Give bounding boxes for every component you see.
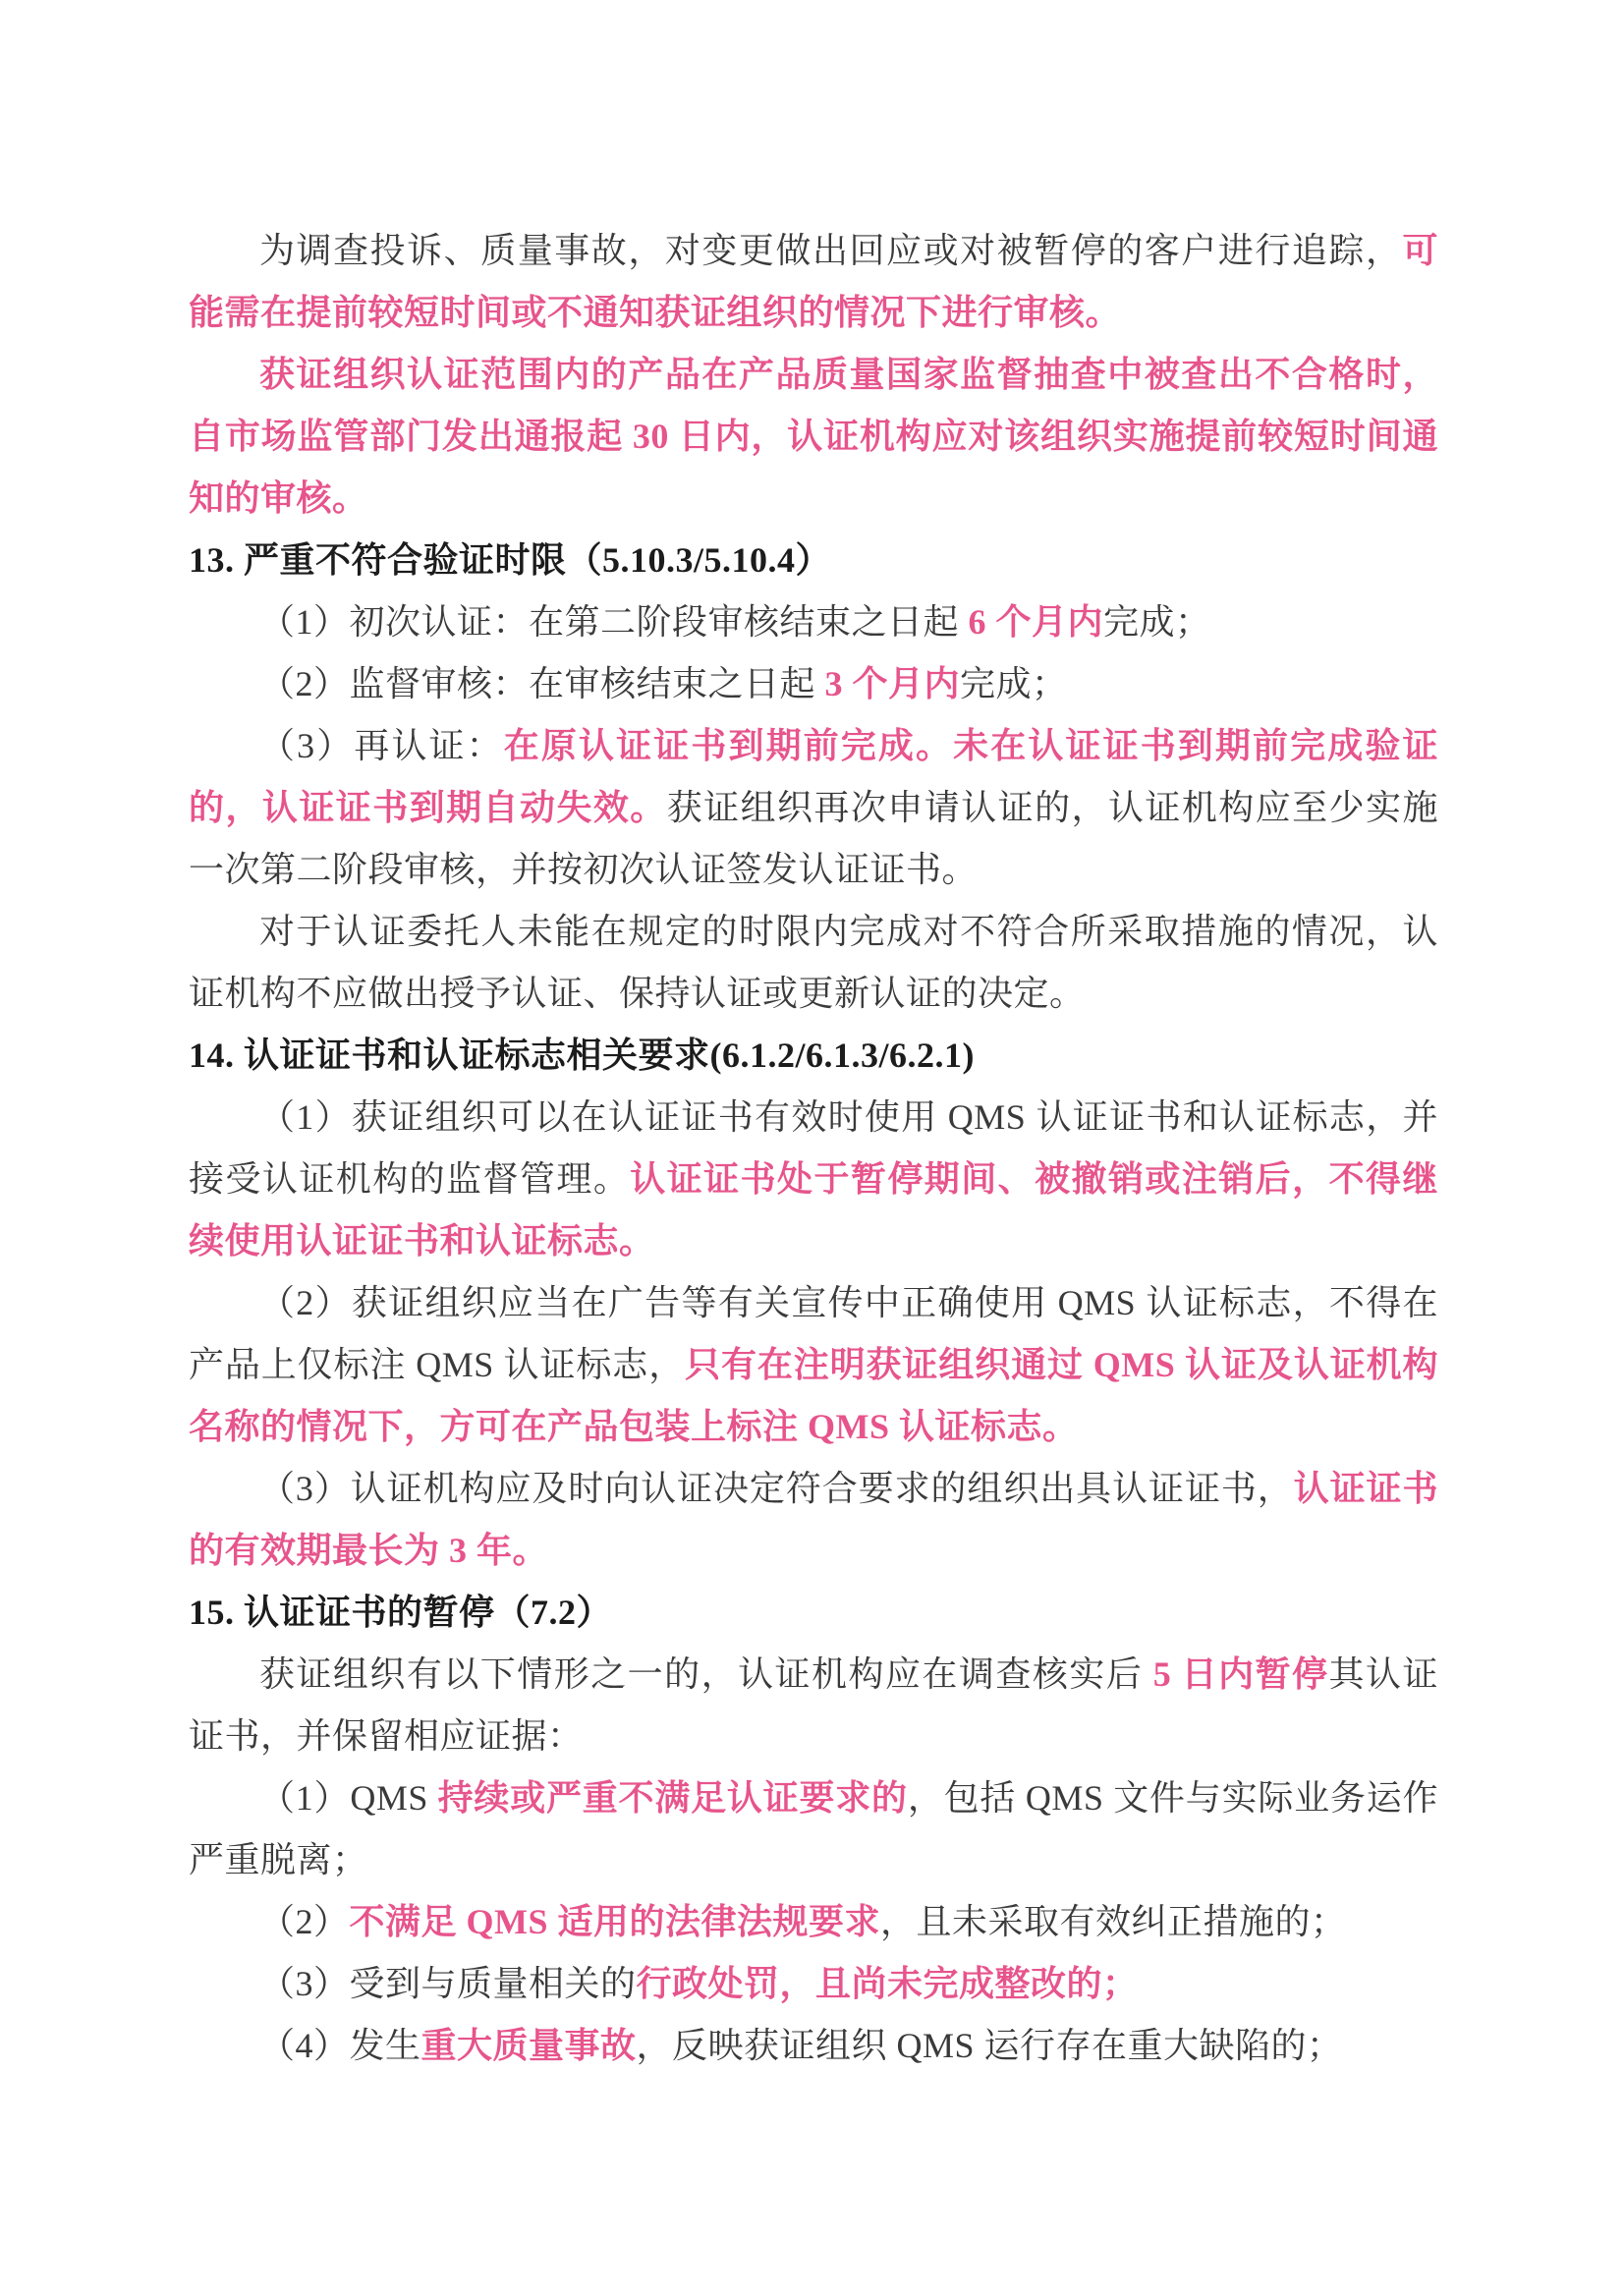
highlighted-text-run: 不满足 QMS 适用的法律法规要求 (350, 1902, 881, 1941)
highlighted-text-run: 获证组织认证范围内的产品在产品质量国家监督抽查中被查出不合格时，自市场监管部门发… (189, 355, 1438, 518)
text-run: 完成； (1103, 602, 1211, 642)
text-run: 14. 认证证书和认证标志相关要求(6.1.2/6.1.3/6.2.1) (189, 1036, 975, 1075)
item-13-1: （1）初次认证：在第二阶段审核结束之日起 6 个月内完成； (189, 591, 1438, 653)
text-run: ，且未采取有效纠正措施的； (880, 1902, 1347, 1941)
text-run: （1）初次认证：在第二阶段审核结束之日起 (259, 602, 969, 642)
text-run: （3）受到与质量相关的 (259, 1964, 637, 2003)
heading-section-15: 15. 认证证书的暂停（7.2） (189, 1582, 1438, 1644)
para-national-spot-check: 获证组织认证范围内的产品在产品质量国家监督抽查中被查出不合格时，自市场监管部门发… (189, 344, 1438, 530)
heading-section-13: 13. 严重不符合验证时限（5.10.3/5.10.4） (189, 530, 1438, 591)
highlighted-text-run: 5 日内暂停 (1153, 1654, 1329, 1694)
text-run: 为调查投诉、质量事故，对变更做出回应或对被暂停的客户进行追踪， (259, 231, 1402, 270)
highlighted-text-run: 3 个月内 (825, 664, 961, 703)
item-14-1: （1）获证组织可以在认证证书有效时使用 QMS 认证证书和认证标志，并接受认证机… (189, 1087, 1438, 1272)
item-15-2: （2）不满足 QMS 适用的法律法规要求，且未采取有效纠正措施的； (189, 1891, 1438, 1953)
para-15-intro: 获证组织有以下情形之一的，认证机构应在调查核实后 5 日内暂停其认证证书，并保留… (189, 1644, 1438, 1767)
text-run: （1）QMS (259, 1778, 438, 1818)
text-run: （3）认证机构应及时向认证决定符合要求的组织出具认证证书， (259, 1469, 1294, 1508)
text-run: （3）再认证： (259, 726, 504, 765)
item-13-2: （2）监督审核：在审核结束之日起 3 个月内完成； (189, 653, 1438, 715)
para-unannounced-audit: 为调查投诉、质量事故，对变更做出回应或对被暂停的客户进行追踪，可能需在提前较短时… (189, 220, 1438, 344)
item-15-4: （4）发生重大质量事故，反映获证组织 QMS 运行存在重大缺陷的； (189, 2015, 1438, 2077)
item-13-3: （3）再认证：在原认证证书到期前完成。未在认证证书到期前完成验证的，认证证书到期… (189, 715, 1438, 901)
para-13-no-decision: 对于认证委托人未能在规定的时限内完成对不符合所采取措施的情况，认证机构不应做出授… (189, 901, 1438, 1025)
text-run: 对于认证委托人未能在规定的时限内完成对不符合所采取措施的情况，认证机构不应做出授… (189, 912, 1438, 1013)
highlighted-text-run: 6 个月内 (969, 602, 1104, 642)
text-run: ，反映获证组织 QMS 运行存在重大缺陷的； (637, 2026, 1343, 2065)
text-run: 完成； (960, 664, 1068, 703)
text-run: 15. 认证证书的暂停（7.2） (189, 1593, 612, 1632)
item-14-3: （3）认证机构应及时向认证决定符合要求的组织出具认证证书，认证证书的有效期最长为… (189, 1458, 1438, 1582)
text-run: 13. 严重不符合验证时限（5.10.3/5.10.4） (189, 540, 831, 580)
document-page: 为调查投诉、质量事故，对变更做出回应或对被暂停的客户进行追踪，可能需在提前较短时… (0, 0, 1624, 2296)
heading-section-14: 14. 认证证书和认证标志相关要求(6.1.2/6.1.3/6.2.1) (189, 1025, 1438, 1087)
item-14-2: （2）获证组织应当在广告等有关宣传中正确使用 QMS 认证标志，不得在产品上仅标… (189, 1272, 1438, 1458)
highlighted-text-run: 持续或严重不满足认证要求的 (438, 1778, 908, 1818)
item-15-3: （3）受到与质量相关的行政处罚，且尚未完成整改的； (189, 1953, 1438, 2015)
text-run: （2） (259, 1902, 350, 1941)
text-run: （2）监督审核：在审核结束之日起 (259, 664, 825, 703)
highlighted-text-run: 行政处罚，且尚未完成整改的； (637, 1964, 1139, 2003)
highlighted-text-run: 重大质量事故 (421, 2026, 637, 2065)
item-15-1: （1）QMS 持续或严重不满足认证要求的，包括 QMS 文件与实际业务运作严重脱… (189, 1767, 1438, 1891)
document-body: 为调查投诉、质量事故，对变更做出回应或对被暂停的客户进行追踪，可能需在提前较短时… (189, 220, 1438, 2077)
text-run: 获证组织有以下情形之一的，认证机构应在调查核实后 (259, 1654, 1153, 1694)
text-run: （4）发生 (259, 2026, 421, 2065)
